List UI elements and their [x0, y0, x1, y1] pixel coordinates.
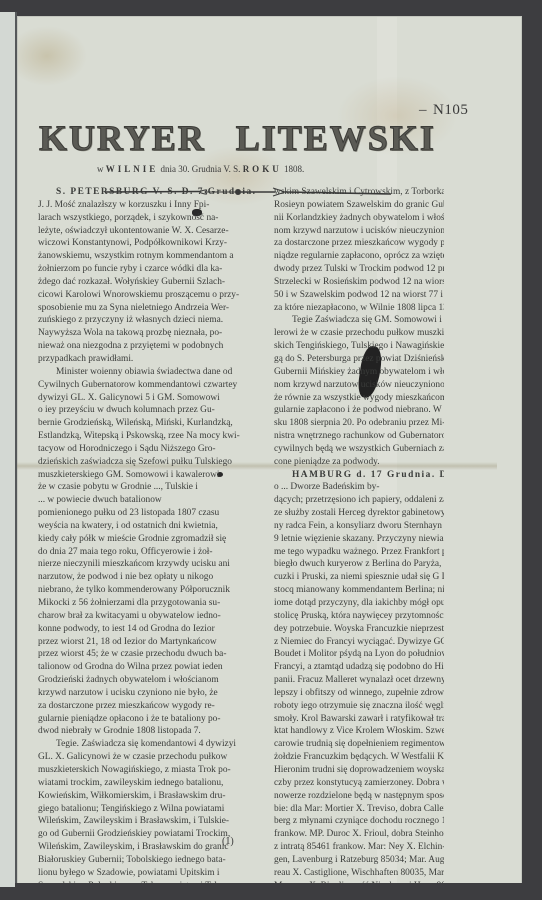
text-line: lerowi że w czasie przechodu pułkow musz… [274, 327, 444, 340]
text-line: tacyow od Horodniczego i Sądu Niższego G… [38, 443, 260, 456]
text-line: niądze regularnie zapłacono, oprócz za w… [274, 250, 444, 263]
text-line: dwod niebrały w Grodnie 1808 listopada 7… [38, 725, 260, 738]
text-line: giego batalionu; Tengińskiego z Wilna po… [38, 803, 260, 816]
adjacent-page-strip: nowiejConstauplapyh ie, którewkrąwy nioł… [0, 12, 17, 887]
text-line: żołdzie Francuzkim będących. W Westfalii… [274, 751, 444, 764]
text-line: Grodzieński żadnych obywatelom i włościa… [38, 674, 260, 687]
text-line: nowerze rozdzielone będą w następnym spo… [274, 790, 444, 803]
text-line: że równie za wszystkie wygody mieszkańco… [274, 392, 444, 405]
text-line: 50 i w Szawelskim podwod 12 na wiorst 77… [274, 289, 444, 302]
adjacent-page-text-fragment: ołoinę [0, 191, 14, 200]
text-line: weyścia na kwatery, i od ostatnich dni k… [38, 520, 260, 533]
text-line: biegło dwuch kuryerow z Berlina do Paryż… [274, 558, 444, 571]
text-line: dywizyi GL. X. Galicynowi 5 i GM. Somowo… [38, 392, 260, 405]
text-line: gen, Lavenburg i Ratzeburg 85034; Mar. A… [274, 854, 444, 867]
text-line: HAMBURG d. 17 Grudnia. Dowiedziawszy [274, 469, 444, 482]
adjacent-page-text-fragment: upla [0, 131, 14, 140]
text-line: Tegie Zaświadcza się GM. Somowowi i kawa… [274, 314, 444, 327]
adjacent-page-text-fragment: Fry [0, 239, 14, 248]
text-line: carowie trudnią się dopełnieniem regimen… [274, 738, 444, 751]
text-line: reau X. Castiglione, Wischhaften 80035, … [274, 867, 444, 880]
text-line: za dostarczone przez mieszkańcow wygody … [274, 237, 444, 250]
text-line: wskim Szawelskim i Cytrowskim, z Torbork… [274, 186, 444, 199]
text-line: muszkieterskiego GM. Somowowi i kawalero… [38, 469, 260, 482]
text-line: Strzelecki w Rosieńskim podwod 12 na wio… [274, 276, 444, 289]
adjacent-page-text-fragment: Hieny [0, 275, 14, 284]
text-line: dwody przez Tulski w Trockim podwod 12 p… [274, 263, 444, 276]
text-line: krzywd narzutow i ucisku czyniono nie by… [38, 687, 260, 700]
dateline-year: 1808. [284, 164, 304, 174]
text-line: nom krzywd narzutow i ucisków nieuczynio… [274, 225, 444, 238]
text-line: konne podwody, to iest 14 od Grodna do I… [38, 623, 260, 636]
text-line: za dostarczone przez mieszkańcow wygody … [38, 700, 260, 713]
text-line: larach wszystkiego, porządek, i szykowno… [38, 212, 260, 225]
text-line: iome dotąd przyczyny, dla iakichby mógł … [274, 597, 444, 610]
text-line: o iey przeyściu w dwuch kolumnach przez … [38, 404, 260, 417]
text-line: sposobienie mu za Syna nieletniego Andrz… [38, 302, 260, 315]
text-line: me tego wypadku ważnego. Przez Frankfort… [274, 546, 444, 559]
text-line: ze służby zostali Herceg dyrektor gabine… [274, 507, 444, 520]
text-line: Boudet i Molitor pśydą na Lyon do połudn… [274, 648, 444, 661]
text-line: niebrano, że tylko kommenderowany Półpor… [38, 584, 260, 597]
text-line: pomienionego pułku od 23 listopada 1807 … [38, 507, 260, 520]
text-line: muszkieterskich Nowagińskiego, z miasta … [38, 764, 260, 777]
text-line: za które niezapłacono, w Wilnie 1808 lip… [274, 302, 444, 315]
adjacent-page-text-fragment: nowiej [0, 107, 14, 116]
dateline-date: dnia 30. Grudnia V. S. [161, 164, 241, 174]
text-line: J. J. Mość znalazłszy w korzuszku i Inny… [38, 199, 260, 212]
text-line: frankow. MP. Duroc X. Frioul, dobra Stei… [274, 828, 444, 841]
masthead-title: KURYERLITEWSKI [39, 117, 436, 159]
text-line: Gubernii Mińskiey żadnym obywatelom i wł… [274, 366, 444, 379]
adjacent-page-text-fragment: włosie [0, 215, 14, 224]
adjacent-page-text-fragment: ozyje [0, 227, 14, 236]
masthead-dateline: w WILNIE dnia 30. Grudnia V. S. ROKU 180… [97, 164, 304, 174]
text-line: gą do S. Petersburga przez powiat Dziśni… [274, 353, 444, 366]
adjacent-page-text-fragment: kazany [0, 287, 14, 296]
text-line: zuńskiego z przyczyny iż własnych dzieci… [38, 314, 260, 327]
text-line: do dnia 27 maia tego roku, Officyerowie … [38, 546, 260, 559]
masthead-word-2: LITEWSKI [236, 117, 436, 159]
text-line: dących; przetrzęsiono ich papiery, oddal… [274, 494, 444, 507]
text-line: berg z młynami czyniące dochodu rocznego… [274, 815, 444, 828]
text-line: nistra wnętrznego rachunkow od Gubernato… [274, 430, 444, 443]
text-line: Francyi, a ztamtąd udadzą się podobno do… [274, 661, 444, 674]
text-line: Wileńskim, Zawileyskim i Brasławskim, i … [38, 815, 260, 828]
text-line: gularnie zapłacono i że podwod niebrano.… [274, 404, 444, 417]
page-bottom-edge [15, 883, 525, 900]
text-line: Mikocki z 56 żołnierzami dla przygotowan… [38, 597, 260, 610]
text-line: przez wiorst 45; że w czasie przechodu d… [38, 648, 260, 661]
text-line: bernie Grodzieńską, Wileńską, Miński, Ku… [38, 417, 260, 430]
text-line: leżyte, oświadczył ukontentowanie W. X. … [38, 225, 260, 238]
text-line: żanowskiemu, wszystkim rotnym kommendant… [38, 250, 260, 263]
text-line: charow brał za kwitacyami u obywatelow i… [38, 610, 260, 623]
text-line: cicowi Karolowi Wnorowskiemu proszącemu … [38, 289, 260, 302]
text-line: Minister woienny obiawia świadectwa dane… [38, 366, 260, 379]
article-column-left: S. PETERSBURG V. S. D. 7 Grudnia.J. J. M… [38, 186, 260, 892]
text-line: Kowieńskim, Wiłkomierskim, i Brasławskim… [38, 790, 260, 803]
text-line: Hieronim trudni się doprowadzeniem woysk… [274, 764, 444, 777]
text-line: stocq mianowany kommendantem Berlina; ni… [274, 584, 444, 597]
text-line: lepszy i obfitszy od winnego, zupełnie z… [274, 687, 444, 700]
adjacent-page-text-fragment: Nowio [0, 263, 14, 272]
text-line: skich Tengińskiego, Tulskiego i Nawagińs… [274, 340, 444, 353]
adjacent-page-text-fragment: Consta [0, 119, 14, 128]
text-line: cywilnych będą we wszystkich Guberniach … [274, 443, 444, 456]
text-line: przez wiorst 21, 18 od Iezior do Martynk… [38, 636, 260, 649]
text-line: Białoruskiey Gubernii; Tobolskiego iedne… [38, 854, 260, 867]
text-line: nii Korlandzkiey żadnych obywatelom i wł… [274, 212, 444, 225]
text-line: cone pieniądze za podwody. [274, 456, 444, 469]
article-column-right: wskim Szawelskim i Cytrowskim, z Torbork… [274, 186, 444, 892]
text-line: talionow od Grodna do Wilna przez powiat… [38, 661, 260, 674]
text-line: lionu byłego w Szadowie, powiatami Upits… [38, 867, 260, 880]
text-line: z Niemiec do Francyi wyciągać. Dywizye G… [274, 636, 444, 649]
text-line: kiedy cały półk w mieście Grodnie zgroma… [38, 533, 260, 546]
text-line: wiatami trockim, zawileyskim iednego bat… [38, 777, 260, 790]
text-line: wiczowi Konstantynowi, Podpółkownikowi K… [38, 237, 260, 250]
masthead-word-1: KURYER [39, 117, 206, 159]
adjacent-page-text-fragment: dyka [0, 203, 14, 212]
text-line: Cywilnych Gubernatorow kommendantowi czw… [38, 379, 260, 392]
text-line: Naywyższa Wola na takową prozbę nieznała… [38, 327, 260, 340]
text-line: dzieńskich zaświadcza się Szefowi pułku … [38, 456, 260, 469]
text-line: dey potrzebuie. Woyska Francuzkie nieprz… [274, 623, 444, 636]
text-line: narzutow, że podwod i nie bez opłaty u n… [38, 571, 260, 584]
text-line: bie: dla Mar: Mortier X. Treviso, dobra … [274, 803, 444, 816]
adjacent-page-text-fragment: , które [0, 155, 14, 164]
text-line: że w czasie pobytu w Grodnie ..., Tulski… [38, 481, 260, 494]
page-number: (1) [222, 836, 234, 847]
text-line: przypadkach prawidłami. [38, 353, 260, 366]
text-line: nierze nieczynili mieszkańcom krzywdy uc… [38, 558, 260, 571]
text-line: GL. X. Galicynowi że w czasie przechodu … [38, 751, 260, 764]
adjacent-page-text-fragment: wkrą [0, 167, 14, 176]
text-line: cuzki i Pruski, za niemi spiesznie udał … [274, 571, 444, 584]
text-line: żdego dać rozkazał. Wołyńskiey Gubernii … [38, 276, 260, 289]
text-line: Estlandzką, Witepską i Pskowską, rzee Na… [38, 430, 260, 443]
text-line: Rosieyn powiatem Szawelskim do granic Gu… [274, 199, 444, 212]
adjacent-page-text-fragment: wy ni [0, 179, 14, 188]
adjacent-page-text-fragment: rzyi [0, 251, 14, 260]
text-line: nieważ ona niezgodna z przyiętemi w podo… [38, 340, 260, 353]
text-line: smoły. Krol Bawarski zawarł i ratyfikowa… [274, 713, 444, 726]
text-line: Tegie. Zaświadcza się komendantowi 4 dyw… [38, 738, 260, 751]
text-line: żołnierzom po funcie ryby i czarce wódki… [38, 263, 260, 276]
text-line: roboty iego otrzymuie się znaczna ilość … [274, 700, 444, 713]
text-line: gularnie pieniądze opłacono i że te bata… [38, 713, 260, 726]
text-line: czby przez konstytucyą zamierzoney. Dobr… [274, 777, 444, 790]
text-line: ktat handlowy z Vice Krolem Włoskim. Szw… [274, 725, 444, 738]
text-line: nom krzywd narzutow ucisków nieuczyniono… [274, 379, 444, 392]
text-line: sku 1808 sierpnia 20. Po odebraniu przez… [274, 417, 444, 430]
text-line: panii. Fracuz Malleret wynalazł ocet drz… [274, 674, 444, 687]
text-line: z intratą 85461 frankow. Mar: Ney X. Elc… [274, 841, 444, 854]
text-line: 9 letnie więzienie skazany. Przyczyny ni… [274, 533, 444, 546]
text-line: S. PETERSBURG V. S. D. 7 Grudnia. [38, 186, 260, 199]
text-line: ny radca Fein, a konsyliarz dworu Sternh… [274, 520, 444, 533]
dateline-city: WILNIE [106, 164, 159, 174]
text-line: stolicę Pruską, która naywięcey przytomn… [274, 610, 444, 623]
text-line: o ... Dworze Badeńskim by- [274, 481, 444, 494]
text-line: ... w powiecie dwuch batalionow [38, 494, 260, 507]
adjacent-page-text-fragment: pyh ie [0, 143, 14, 152]
